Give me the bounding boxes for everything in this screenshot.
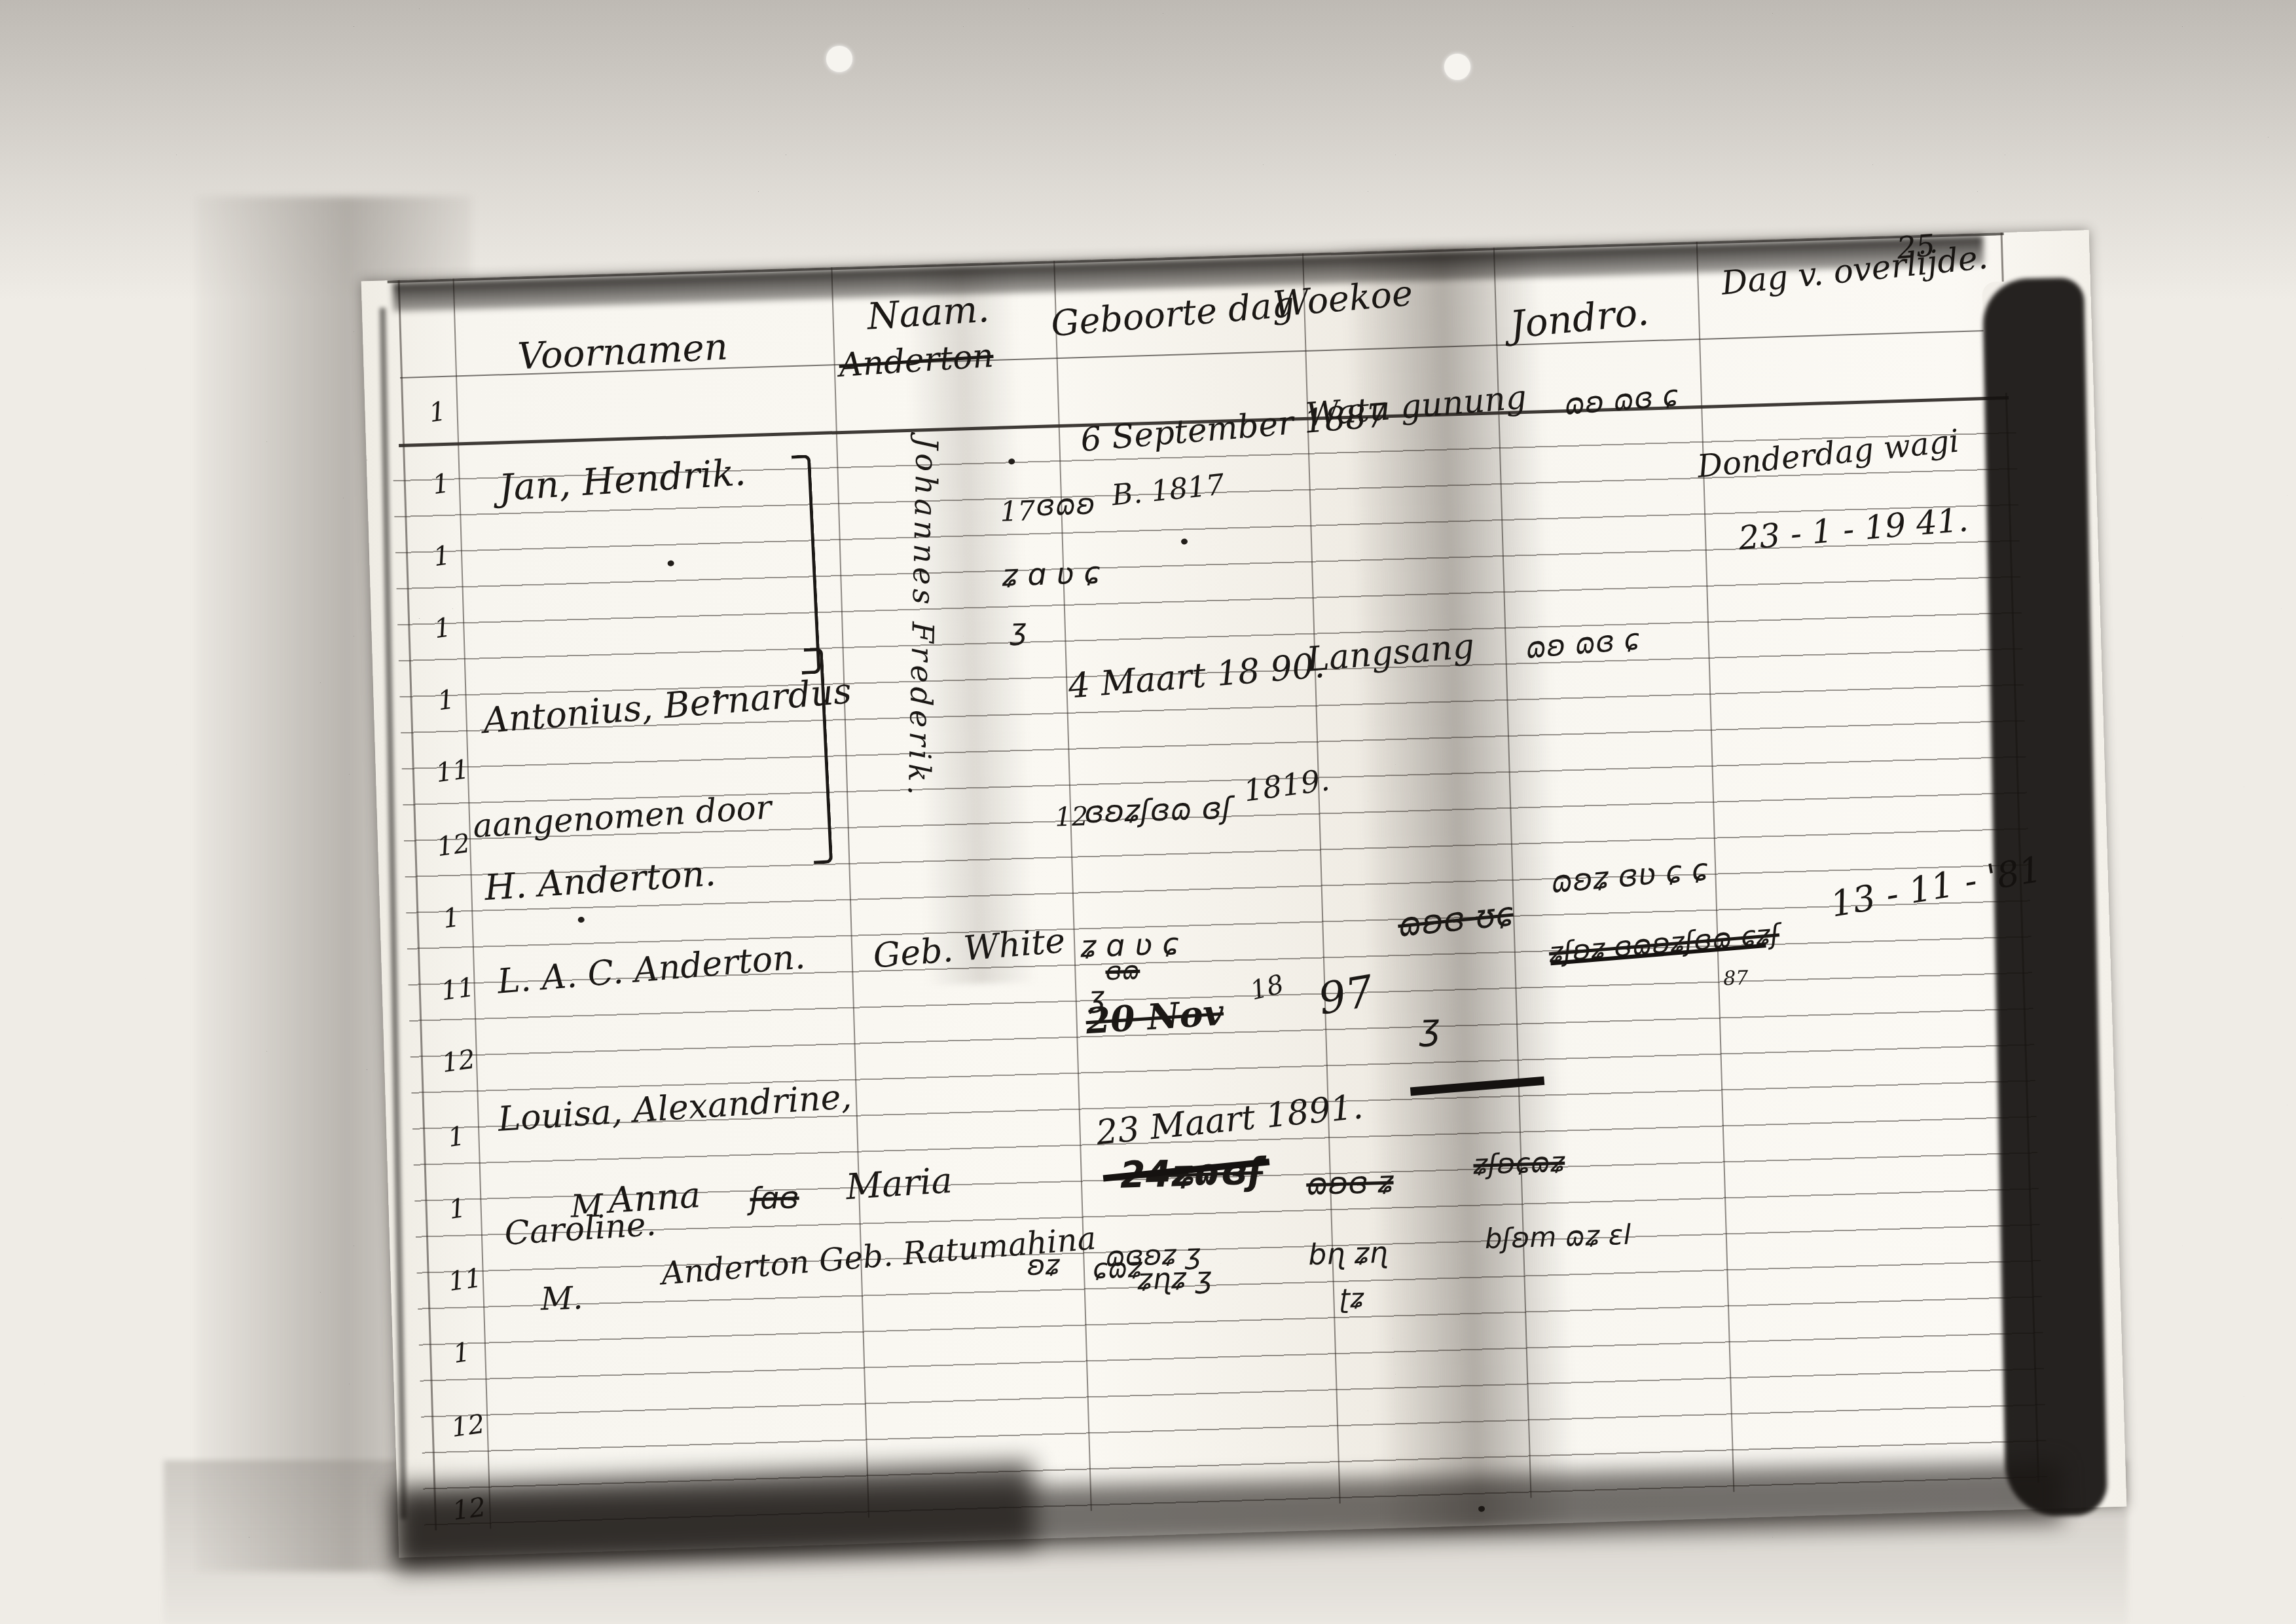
margin-number: 1	[428, 398, 448, 426]
entry3-struck-script-a: ɞɷ	[1105, 958, 1140, 984]
margin-number: 11	[434, 756, 471, 786]
entry3-name: L. A. C. Anderton.	[496, 940, 807, 999]
entry1-note: B. 1817	[1110, 471, 1226, 511]
col-header-naam: Naam.	[866, 291, 991, 336]
entry4-tjondro-struck: ʑʃʚɕɷʑ	[1473, 1149, 1565, 1179]
margin-number: 12	[450, 1411, 486, 1441]
entry4-name-a: Anna	[608, 1177, 702, 1219]
entry1-sub-number: 17	[1000, 497, 1036, 526]
entry1-script-c: ʒ	[1010, 616, 1027, 645]
ink-blot	[578, 917, 585, 923]
overlijden-date: 23 - 1 - 19 41.	[1737, 504, 1969, 555]
entry4-birthdate: 23 Maart 1891.	[1095, 1090, 1364, 1150]
ink-layer: VoornamenNaam.AndertonGeboorte dagWoekoe…	[361, 230, 2127, 1557]
margin-number: 11	[446, 1265, 483, 1295]
entry2-note-year: 1819.	[1242, 764, 1332, 805]
margin-number: 1	[447, 1195, 467, 1223]
entry1-woekoe: Watu gunung	[1305, 380, 1528, 432]
col-header-voornamen: Voornamen	[517, 329, 729, 375]
entry4-struck-word: ʃɑɞ	[750, 1182, 800, 1213]
punch-hole	[826, 46, 852, 72]
entry3-script-c: ʒ	[1419, 1009, 1440, 1045]
margin-number: 12	[435, 830, 472, 860]
ink-blot	[1181, 538, 1188, 544]
entry2-note-line1: aangenomen door	[472, 790, 773, 842]
margin-number: 1	[432, 542, 452, 570]
entry2-note-line2: H. Anderton.	[483, 856, 716, 906]
overlijden-note: Donderdag wagi	[1696, 425, 1960, 483]
entry1-script-b: ʑ ɑ ʋ ɕ	[1002, 557, 1101, 590]
margin-number: 12	[441, 1046, 477, 1077]
margin-number: 1	[446, 1123, 467, 1151]
entry3-struck-script-b: ɷʚɞ ʊɕ	[1396, 898, 1515, 942]
margin-number: 1	[436, 686, 456, 714]
entry2-tjondro-script: ɷʚ ɷɞ ɕ	[1524, 625, 1641, 663]
margin-number: 1	[431, 470, 451, 498]
entry4-woekoe-struck: ɷʚɞ ʑ	[1306, 1166, 1394, 1199]
entry4-margin-mark-b: M.	[540, 1282, 583, 1315]
entry1-script-a: ɞɷʚ	[1036, 490, 1096, 521]
entry3-maiden-name: Geb. White	[872, 924, 1066, 974]
entry2-script-a: ɞʚʑʃɞɷ ɞʃ	[1084, 793, 1233, 828]
entry1-father-name: Johannes Frederik.	[904, 437, 943, 800]
entry3-date-corrected: 20 Nov	[1085, 995, 1225, 1039]
entry2-woekoe: Langsang	[1305, 629, 1476, 677]
entry4-woekoe-script-b: ʈʑ	[1339, 1285, 1364, 1312]
entry3-year-prefix: 18	[1248, 971, 1286, 1005]
margin-number: 1	[441, 904, 462, 932]
punch-hole	[1444, 54, 1470, 80]
entry3-name-line2: Louisa, Alexandrine,	[497, 1080, 852, 1137]
entry4-woekoe-script: bɳ ʑɳ	[1308, 1239, 1389, 1270]
register-book: VoornamenNaam.AndertonGeboorte dagWoekoe…	[361, 230, 2127, 1557]
col-header-geboortedag: Geboorte dag	[1049, 287, 1296, 342]
entry3-small-number: 87	[1723, 969, 1749, 989]
entry1-tjondro-script: ɷʚ ɷɞ ɕ	[1563, 382, 1679, 420]
entry3-tjondro-script: ɷʚʑ ɞʋ ɕ ɕ	[1550, 854, 1709, 897]
margin-number: 1	[452, 1339, 472, 1367]
entry4-script-b: ɕɷʑ	[1092, 1254, 1142, 1283]
ink-blot	[1008, 458, 1015, 464]
col-header-tjondro: Jondro.	[1508, 293, 1650, 344]
entry1-name: Jan, Hendrik.	[498, 454, 747, 507]
entry4-tjondro-script: bʃʚm ɷʑ ɛl	[1484, 1221, 1631, 1253]
ink-blot	[668, 561, 674, 566]
col-header-naam-struck: Anderton	[838, 339, 994, 382]
entry4-script-a: ʚʑ	[1027, 1251, 1060, 1280]
entry2-name: Antonius, Bernardus	[482, 673, 853, 739]
photocopy-scan: VoornamenNaam.AndertonGeboorte dagWoekoe…	[0, 0, 2296, 1624]
margin-number: 1	[433, 614, 453, 642]
entry4-margin-mark-a: M	[570, 1190, 604, 1222]
entry3-year: 97	[1315, 970, 1377, 1022]
entry4-script-c: ʑɳʑ ʒ	[1137, 1264, 1212, 1295]
entry2-birthdate: 4 Maart 18 90.	[1067, 649, 1326, 704]
margin-number: 11	[439, 974, 476, 1005]
entry4-name-b: Maria	[845, 1163, 953, 1205]
ink-strike-bar	[1410, 1077, 1544, 1096]
